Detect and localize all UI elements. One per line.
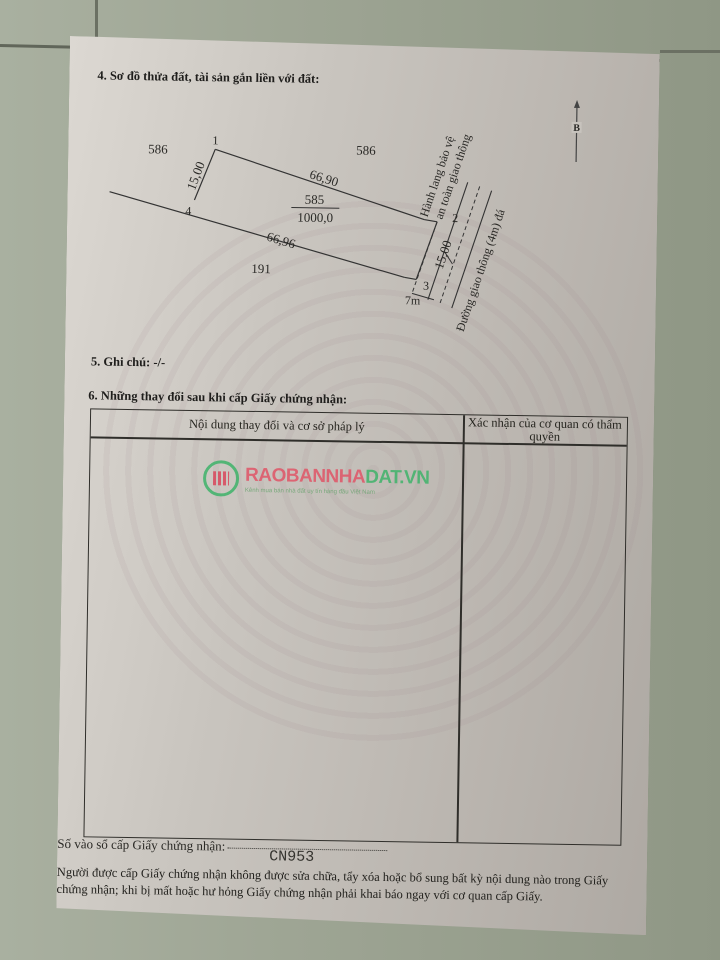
- column-header-authority-confirmation: Xác nhận của cơ quan có thẩm quyền: [463, 416, 627, 445]
- parcel-area: 1000,0: [297, 210, 333, 226]
- certificate-page: 4. Sơ đồ thửa đất, tài sản gắn liền với …: [56, 36, 660, 935]
- watermark: RAOBANNHADAT.VN Kênh mua bán nhà đất uy …: [203, 460, 430, 500]
- svg-text:B: B: [573, 123, 580, 134]
- registration-number: CN953: [269, 848, 314, 866]
- neighbor-parcel-label: 586: [356, 143, 376, 158]
- section-5-notes: 5. Ghi chú: -/-: [91, 354, 166, 370]
- road-label: Đường giao thông (4m) đá: [453, 207, 508, 333]
- vertex-label: 3: [423, 279, 429, 293]
- north-arrow-icon: B: [571, 100, 582, 162]
- vertex-label: 2: [452, 211, 458, 225]
- legal-notice: Người được cấp Giấy chứng nhận không đượ…: [56, 864, 626, 907]
- watermark-logo-icon: [203, 460, 240, 497]
- vertex-label: 1: [212, 133, 218, 147]
- setback-label: 7m: [405, 293, 421, 307]
- column-header-change-content: Nội dung thay đổi và cơ sở pháp lý: [91, 416, 463, 435]
- edge-length-label: 66,96: [265, 229, 298, 252]
- neighbor-parcel-label: 191: [251, 261, 271, 276]
- edge-length-label: 15,00: [431, 238, 455, 271]
- neighbor-parcel-label: 586: [148, 141, 168, 156]
- parcel-number: 585: [305, 192, 325, 207]
- table-column-divider: [456, 415, 464, 842]
- watermark-brand: RAOBANNHADAT.VN: [245, 464, 430, 489]
- background-edge: [95, 0, 98, 40]
- land-plot-diagram: B 586 586 191 1 2 3 4 66,90 66,96 15,: [65, 36, 660, 365]
- registration-label: Số vào sổ cấp Giấy chứng nhận:: [57, 836, 225, 854]
- background-edge: [660, 50, 720, 53]
- vertex-label: 4: [185, 204, 191, 218]
